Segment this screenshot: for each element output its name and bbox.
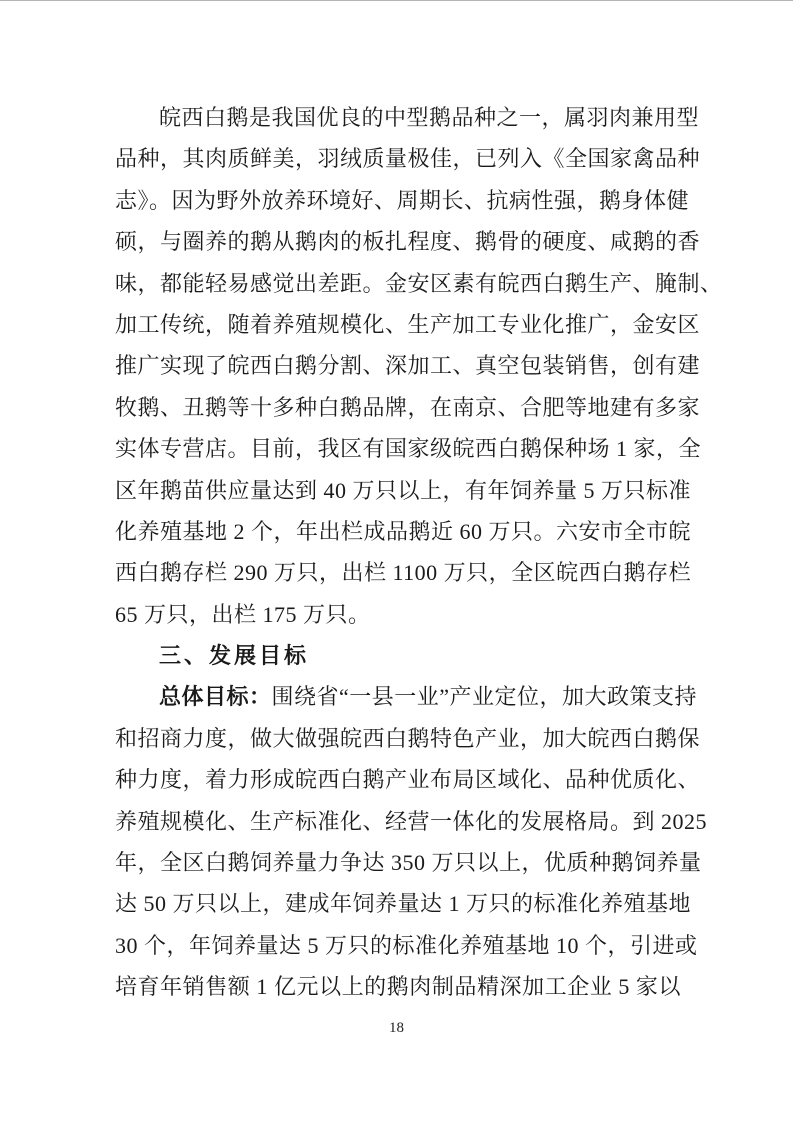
text-line: 味，都能轻易感觉出差距。金安区素有皖西白鹅生产、腌制、	[115, 263, 681, 304]
page-body: 皖西白鹅是我国优良的中型鹅品种之一，属羽肉兼用型 品种，其肉质鲜美，羽绒质量极佳…	[115, 97, 681, 1008]
text-line: 志》。因为野外放养环境好、周期长、抗病性强，鹅身体健	[115, 180, 681, 221]
paragraph-lead-text: 围绕省“一县一业”产业定位，加大政策支持	[272, 684, 698, 709]
text-line: 年，全区白鹅饲养量力争达 350 万只以上，优质种鹅饲养量	[115, 842, 681, 883]
text-line: 培育年销售额 1 亿元以上的鹅肉制品精深加工企业 5 家以	[115, 966, 681, 1007]
text-line: 种力度，着力形成皖西白鹅产业布局区域化、品种优质化、	[115, 759, 681, 800]
paragraph-overall-goal: 总体目标：围绕省“一县一业”产业定位，加大政策支持 和招商力度，做大做强皖西白鹅…	[115, 676, 681, 1007]
document-page: 皖西白鹅是我国优良的中型鹅品种之一，属羽肉兼用型 品种，其肉质鲜美，羽绒质量极佳…	[0, 0, 793, 1123]
text-line: 养殖规模化、生产标准化、经营一体化的发展格局。到 2025	[115, 801, 681, 842]
text-line: 区年鹅苗供应量达到 40 万只以上，有年饲养量 5 万只标准	[115, 470, 681, 511]
text-line: 和招商力度，做大做强皖西白鹅特色产业，加大皖西白鹅保	[115, 718, 681, 759]
text-line: 化养殖基地 2 个，年出栏成品鹅近 60 万只。六安市全市皖	[115, 511, 681, 552]
text-line: 总体目标：围绕省“一县一业”产业定位，加大政策支持	[115, 676, 681, 717]
text-line: 硕，与圈养的鹅从鹅肉的板扎程度、鹅骨的硬度、咸鹅的香	[115, 221, 681, 262]
section-heading: 三、发展目标	[115, 635, 681, 676]
text-line: 牧鹅、丑鹅等十多种白鹅品牌，在南京、合肥等地建有多家	[115, 387, 681, 428]
text-line: 30 个，年饲养量达 5 万只的标准化养殖基地 10 个，引进或	[115, 925, 681, 966]
text-line: 皖西白鹅是我国优良的中型鹅品种之一，属羽肉兼用型	[115, 97, 681, 138]
paragraph-overview: 皖西白鹅是我国优良的中型鹅品种之一，属羽肉兼用型 品种，其肉质鲜美，羽绒质量极佳…	[115, 97, 681, 635]
paragraph-lead-label: 总体目标：	[159, 684, 272, 709]
text-line: 65 万只，出栏 175 万只。	[115, 594, 681, 635]
text-line: 品种，其肉质鲜美，羽绒质量极佳，已列入《全国家禽品种	[115, 138, 681, 179]
text-line: 西白鹅存栏 290 万只，出栏 1100 万只，全区皖西白鹅存栏	[115, 552, 681, 593]
text-line: 推广实现了皖西白鹅分割、深加工、真空包装销售，创有建	[115, 345, 681, 386]
text-line: 达 50 万只以上，建成年饲养量达 1 万只的标准化养殖基地	[115, 883, 681, 924]
text-line: 实体专营店。目前，我区有国家级皖西白鹅保种场 1 家，全	[115, 428, 681, 469]
text-line: 加工传统，随着养殖规模化、生产加工专业化推广，金安区	[115, 304, 681, 345]
page-number: 18	[0, 1018, 793, 1038]
